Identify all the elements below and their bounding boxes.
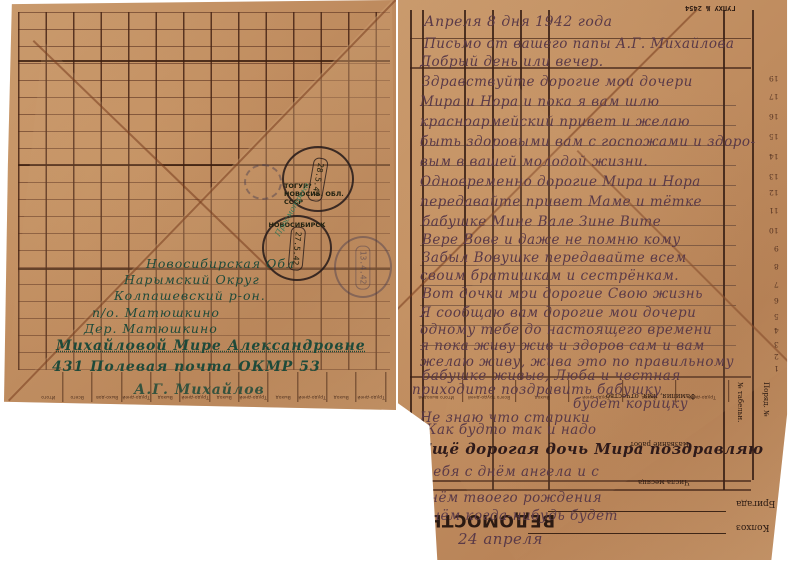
address-line: Дер. Матюшкино [84, 321, 218, 336]
postmark-field-post: 13.4.42 [334, 236, 392, 298]
letter-line: Вот дочки мои дорогие Свою жизнь [422, 286, 703, 302]
row-number: 9 [774, 244, 779, 253]
kolkhoz-underline [528, 533, 726, 534]
label-order-number: Поряд. № [762, 382, 770, 417]
row-number: 3 [774, 340, 779, 349]
letter-line: Я сообщаю вам дорогие мои дочери [420, 305, 696, 321]
letter-line: будет корицку [573, 396, 688, 412]
letter-line: быть здоровыми вам с госпожами и здоро- [420, 134, 756, 150]
row-number: 17 [769, 92, 779, 101]
letter-line: Ещё дорогая дочь Мира поздравляю [420, 440, 764, 458]
form-column: Выход [327, 372, 356, 402]
address-line: Новосибирская Обл [146, 256, 295, 271]
form-column: Выхо-дов [93, 372, 122, 402]
letter-line: бабушке Мине Вале Зине Вите [422, 214, 661, 230]
grid-column-line [752, 10, 754, 480]
letter-date: Апреля 8 дня 1942 года [424, 14, 612, 30]
grid-column-line [410, 10, 412, 490]
row-number: 19 [769, 74, 779, 83]
letter-line: Добрый день или вечер. [420, 54, 604, 70]
sender-address: 431 Полевая почта ОКМР 53 [52, 359, 321, 375]
row-number: 8 [774, 262, 779, 271]
letter-line: Здравствуйте дорогие мои дочери [422, 74, 693, 90]
row-number: 2 [774, 352, 779, 361]
letter-line: одному тебе до настоящего времени [420, 322, 712, 338]
letter-line: днём твоего рождения [420, 490, 602, 506]
row-number: 5 [774, 312, 779, 321]
sender-name: А.Г. Михайлов [134, 382, 265, 398]
paper-background: ГУПХУ № 2454 19 17 16 15 14 13 12 11 10 … [398, 0, 791, 560]
envelope-side-panel: Итого Всего Выхо-дов Трудо-дней Выход Тр… [4, 0, 396, 410]
address-line: Колпашевский р-он. [114, 288, 266, 303]
recipient-name: Михайловой Мире Александровне [56, 338, 366, 354]
letter-line: днём когда-нибудь будет [422, 508, 618, 524]
row-number: 4 [774, 326, 779, 335]
letter-line: Забыл Вовушке передавайте всем [422, 250, 687, 266]
letter-line: Вере Вове и даже не помню кому [422, 232, 681, 248]
row-number: 6 [774, 296, 779, 305]
form-column: Трудо-дней [298, 372, 327, 402]
row-number: 7 [774, 280, 779, 289]
row-number: 15 [769, 132, 779, 141]
letter-line: Письмо от вашего папы А.Г. Михайлова [424, 36, 734, 52]
letter-line: своим братишкам и сестрёнкам. [420, 268, 679, 284]
label-date-of-month: Числа месяца [638, 478, 689, 486]
postmark-novosibirsk: 27.5.42 НОВОСИБИРСК [262, 215, 332, 281]
form-column: Выход [269, 372, 298, 402]
form-column: Трудо-дней [357, 372, 386, 402]
row-number: 1 [774, 364, 779, 373]
row-number: 14 [769, 152, 779, 161]
postmark-date: 13.4.42 [356, 245, 371, 289]
row-number: 11 [769, 206, 779, 215]
letter-line: вым в вашей молодой жизни. [420, 154, 648, 170]
form-code: ГУПХУ № 2454 [685, 4, 736, 12]
row-number: 12 [769, 188, 779, 197]
letter-line: передавайте привет Маме и тётке [420, 194, 702, 210]
address-line: п/о. Матюшкино [92, 305, 220, 320]
letter-line: красноармейский привет и желаю [420, 114, 690, 130]
faint-stamp [244, 164, 282, 200]
letter-line: Как будто так и надо [426, 422, 597, 438]
paper-background: Итого Всего Выхо-дов Трудо-дней Выход Тр… [4, 0, 396, 410]
row-number: 10 [769, 226, 779, 235]
letter-side-panel: ГУПХУ № 2454 19 17 16 15 14 13 12 11 10 … [398, 0, 791, 560]
address-line: Нарымский Округ [124, 272, 260, 287]
form-column: Итого [34, 372, 63, 402]
letter-signoff-date: 24 апреля [458, 530, 543, 548]
form-column: Всего [63, 372, 92, 402]
letter-line: Одновременно дорогие Мира и Нора [420, 174, 701, 190]
letter-line: тебя с днём ангела и с [420, 464, 599, 480]
label-brigade: Бригада [736, 498, 775, 508]
label-kolkhoz: Колхоз [736, 522, 770, 532]
letter-line: Мира и Нора и пока я вам шлю [420, 94, 659, 110]
label-tabel-number: № табельн. [736, 382, 744, 422]
letter-line: я пока живу жив и здоров сам и вам [420, 338, 705, 354]
row-number: 16 [769, 112, 779, 121]
row-number: 13 [769, 172, 779, 181]
